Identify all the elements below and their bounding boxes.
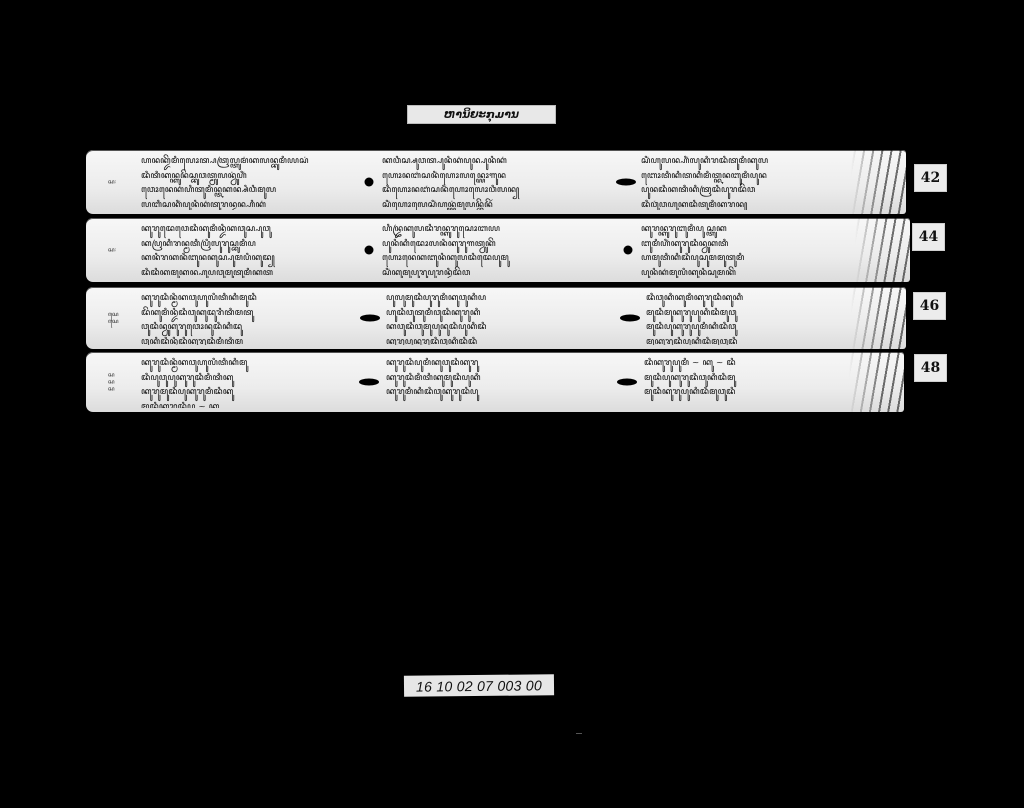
text-line: ꦲꦺꦴꦤꦧꦁꦱꦤꦶꦁꦲꦺꦴꦭꦤ꧀ꦪꦺꦴꦒꦸꦤ	[382, 169, 612, 184]
string-hole-icon	[365, 178, 374, 187]
string-hole-icon	[620, 315, 640, 322]
text-line: ꦏꦸꦫꦸꦢꦶꦤ꧀ꦩꦶꦏꦮꦸꦲꦸꦭꦶꦠꦶꦏꦶꦩꦸꦢꦶ	[141, 291, 366, 306]
palm-leaf-48: ꦱ ꦱ ꦱ ꦏꦸꦫꦸꦢꦶꦤ꧀ꦩꦶꦏꦮꦸꦲꦸꦭꦶꦠꦶꦏꦶꦩꦸ ꦢꦶꦥꦸꦮꦸꦥꦸꦏꦸ…	[86, 352, 904, 412]
text-line: ꦢꦶꦲꦺꦴꦤꦧꦁꦱꦤꦶꦁꦲꦺꦴꦭꦺꦴꦮꦶꦭꦤ꧀	[382, 183, 612, 198]
text-column-2: ꦏꦮꦶꦱ꧀ꦱꦸꦮꦠ꧀ꦥꦸꦤꦶꦏꦁꦥꦸꦤ꧀ꦥꦸꦤꦶꦏꦁ ꦲꦺꦴꦤꦧꦁꦱꦤꦶꦁꦲꦺꦴ…	[382, 154, 612, 210]
text-line: ꦧꦺꦴꦠꦶꦏꦶꦠꦏꦶꦩꦶꦠ꧀ꦏꦤꦧꦸꦩꦶꦥꦸꦤ	[641, 169, 861, 184]
leaf-margin-reference: ꦱ꧇	[108, 247, 116, 254]
text-line: ꦩꦸꦢꦶꦏꦸꦫꦸꦢꦶꦥꦸ ~ ꦏꦸ	[141, 400, 366, 409]
text-column-1: ꦏꦸꦫꦸꦢꦶꦤ꧀ꦩꦶꦏꦮꦸꦲꦸꦭꦶꦠꦶꦏꦶꦩꦸ ꦢꦶꦥꦸꦮꦸꦥꦸꦏꦸꦫꦸꦢꦶꦩꦶ…	[141, 356, 366, 408]
text-line: ꦲꦤꦏ꧀ꦢꦼꦩꦶꦭꦺꦴꦠ꧀ꦥꦠꦿꦭ꧀ꦠꦸꦩꦁꦏꦭꦤ꧀ꦧꦸꦩꦶꦪꦱꦁ	[141, 154, 366, 169]
text-line: ꦮꦺꦴꦤꦺꦏꦁꦲꦶꦠꦸꦩꦶꦤ꧀ꦠꦏꦤ꧀ꦱꦶꦮꦶꦩꦸꦭ	[141, 183, 366, 198]
scan-artifact	[576, 733, 582, 734]
text-line: ꦏꦸꦫꦸꦥꦸꦤꦸꦫꦸꦢꦶꦮꦸꦏꦶꦢꦶꦢꦶ	[386, 335, 616, 346]
text-line: ꦥꦸꦤꦶꦏꦶꦢꦺꦴꦭꦤꦶꦏꦸꦫꦸꦒꦠ꧀ꦮꦸꦏꦼ	[382, 237, 612, 252]
text-column-3: ꦢꦶꦏꦸꦫꦸꦥꦸꦩꦶ ~ ꦏꦸ ~ ꦢꦶ ꦩꦸꦢꦶꦥꦸꦏꦸꦫꦸꦢꦶꦮꦸꦏꦶꦢꦶꦩ…	[644, 356, 869, 408]
text-column-3: ꦱꦶꦁꦲꦸꦭꦤ꧀ꦲꦶꦁꦭꦸꦏꦶꦫꦢꦶꦠꦸꦩꦶꦏꦸꦭ ꦧꦺꦴꦠꦶꦏꦶꦠꦏꦶꦩꦶꦠ꧀…	[641, 154, 861, 210]
text-line: ꦧꦸꦩꦶꦲꦶꦁꦏꦸꦫꦸꦢꦶꦤ꧀ꦮꦸꦏꦠꦶ	[641, 237, 866, 252]
text-line: ꦥꦸꦭꦸꦩꦸꦢꦶꦥꦸꦫꦸꦩꦶꦏꦸꦮꦸꦏꦶꦥ	[386, 291, 616, 306]
text-line: ꦭꦧꦶꦱꦏꦶꦁꦥꦸꦤꦶꦏꦁꦠꦸꦫꦤ꧀ꦢꦤ꧀ꦲꦶꦏꦁ	[141, 198, 366, 211]
leaf-number-label: 44	[912, 223, 945, 251]
text-line: ꦏꦸꦫꦸꦩꦶꦏꦶꦢꦶꦮꦸꦏꦸꦫꦸꦢꦶꦥꦸ	[386, 385, 616, 400]
text-line: ꦢꦶꦮꦸꦁꦮꦲꦸꦏꦢꦶꦠꦸꦩꦶꦏꦫꦤ꧀	[641, 198, 861, 211]
text-line: ꦢꦶꦠꦶꦏꦤ꧀ꦏꦸꦤꦼꦱ꧀ꦧꦸꦮꦠ꧀ꦩꦸꦭꦤ꧀ꦮꦸꦁꦲꦶꦁ	[141, 169, 366, 184]
text-line: ꦏꦸꦫꦸꦢꦶꦩꦶꦠꦶꦏꦸꦩꦸꦢꦶꦥꦸꦏꦶ	[386, 371, 616, 386]
text-column-3: ꦢꦶꦮꦸꦏꦶꦏꦸꦩꦶꦏꦸꦫꦸꦢꦶꦏꦸꦏꦶ ꦩꦸꦢꦶꦩꦸꦏꦸꦫꦸꦥꦸꦏꦶꦢꦶꦩꦸꦮ…	[646, 291, 871, 345]
string-hole-icon	[365, 246, 374, 255]
text-line: ꦏꦤꦶꦫꦏꦤꦶꦧꦸꦤꦏꦸꦱ꧀ꦥꦸꦩꦥꦶꦏꦸꦢ꧀	[141, 251, 366, 266]
palm-leaf-44: ꦱ꧇ ꦏꦸꦫꦸꦢꦺꦮꦺꦢꦶꦏꦸꦩꦶꦤ꧀ꦢꦶꦏꦮꦸꦱ꧀ꦥꦸꦮꦸ ꦏꦥꦿꦏꦶꦫꦤ꧀ꦩ…	[86, 218, 910, 282]
text-line: ꦱꦶꦁꦲꦺꦴꦭꦺꦱꦶꦁꦲꦤ꧀ꦪꦁꦩꦸꦭꦤ꧀ꦧꦼꦤꦼꦂ	[382, 198, 612, 211]
text-line: ꦏꦸꦫꦤ꧀ꦏꦸꦫꦸꦧꦸꦩꦶꦥꦸꦱ꧀ꦠꦸꦏ	[641, 222, 866, 237]
text-line: ꦥꦸꦤꦶꦏꦁꦩꦸꦭꦶꦏꦸꦤꦶꦱꦸꦩꦏꦼ	[641, 266, 866, 279]
text-line: ꦮꦸꦢꦶꦤ꧀ꦮꦸꦏꦸꦫꦸꦮꦺꦴꦤꦸꦢꦶꦏꦶꦢꦸ	[141, 320, 366, 335]
text-line: ꦲꦶꦤ꧀ꦢꦿꦏꦸꦭꦢꦶꦫꦤ꧀ꦏꦸꦫꦸꦱꦺꦴꦧꦪ	[382, 222, 612, 237]
text-column-2: ꦥꦸꦭꦸꦩꦸꦢꦶꦥꦸꦫꦸꦩꦶꦏꦸꦮꦸꦏꦶꦥ ꦲꦸꦢꦶꦮꦸꦠꦸꦩꦶꦮꦸꦢꦶꦏꦸꦫꦸ…	[386, 291, 616, 345]
string-hole-icon	[617, 379, 637, 386]
text-line: ꦢꦶꦮꦸꦏꦶꦏꦸꦩꦶꦏꦸꦫꦸꦢꦶꦏꦸꦏꦶ	[646, 291, 871, 306]
text-line: ꦩꦸꦢꦶꦏꦸꦫꦸꦥꦸꦏꦶꦢꦶꦩꦸꦮꦸꦢꦶ	[644, 385, 869, 400]
text-column-1: ꦲꦤꦏ꧀ꦢꦼꦩꦶꦭꦺꦴꦠ꧀ꦥꦠꦿꦭ꧀ꦠꦸꦩꦁꦏꦭꦤ꧀ꦧꦸꦩꦶꦪꦱꦁ ꦢꦶꦠꦶꦏꦤ…	[141, 154, 366, 210]
text-line: ꦱꦶꦁꦲꦸꦭꦤ꧀ꦲꦶꦁꦭꦸꦏꦶꦫꦢꦶꦠꦸꦩꦶꦏꦸꦭ	[641, 154, 861, 169]
text-line: ꦩꦸꦢꦶꦥꦸꦏꦸꦫꦸꦢꦶꦮꦸꦏꦶꦢꦶꦩꦸ	[644, 371, 869, 386]
leaf-margin-reference: ꦱ ꦱ ꦱ	[108, 372, 115, 393]
text-column-2: ꦲꦶꦤ꧀ꦢꦿꦏꦸꦭꦢꦶꦫꦤ꧀ꦏꦸꦫꦸꦱꦺꦴꦧꦪ ꦥꦸꦤꦶꦏꦶꦢꦺꦴꦭꦤꦶꦏꦸꦫꦸ…	[382, 222, 612, 278]
text-column-3: ꦏꦸꦫꦤ꧀ꦏꦸꦫꦸꦧꦸꦩꦶꦥꦸꦱ꧀ꦠꦸꦏ ꦧꦸꦩꦶꦲꦶꦁꦏꦸꦫꦸꦢꦶꦤ꧀ꦮꦸꦏꦠ…	[641, 222, 866, 278]
text-column-1: ꦏꦸꦫꦸꦢꦶꦤ꧀ꦩꦶꦏꦮꦸꦲꦸꦭꦶꦠꦶꦏꦶꦩꦸꦢꦶ ꦢꦼꦏꦸꦩꦶꦤ꧀ꦢꦶꦢꦶꦮꦸ…	[141, 291, 366, 345]
text-line: ꦢꦼꦏꦸꦩꦶꦤ꧀ꦢꦶꦢꦶꦮꦸꦏꦸꦢꦸꦫꦶꦠꦶꦩꦠꦸ	[141, 306, 366, 321]
text-line: ꦏꦮꦶꦱ꧀ꦱꦸꦮꦠ꧀ꦥꦸꦤꦶꦏꦁꦥꦸꦤ꧀ꦥꦸꦤꦶꦏꦁ	[382, 154, 612, 169]
palm-leaf-46: ꦱꦺ ꦱꦺ ꦏꦸꦫꦸꦢꦶꦤ꧀ꦩꦶꦏꦮꦸꦲꦸꦭꦶꦠꦶꦏꦶꦩꦸꦢꦶ ꦢꦼꦏꦸꦩꦶꦤ꧀…	[86, 287, 906, 349]
text-line: ꦏꦸꦫꦸꦢꦶꦥꦸꦩꦶꦏꦸꦮꦸꦢꦶꦏꦸꦫꦸ	[386, 356, 616, 371]
text-line: ꦱꦶꦁꦏꦸꦩꦸꦥꦸꦫꦸꦥꦸꦫꦤ꧀ꦢꦶꦢꦼꦮ	[382, 266, 612, 279]
leaf-number-label: 42	[914, 164, 947, 192]
manuscript-title-label: ຫານິຍະກຸມານ	[407, 105, 556, 124]
leaf-number-label: 48	[914, 354, 947, 382]
text-line: ꦏꦮꦸꦢꦶꦮꦸꦩꦸꦥꦸꦤꦸꦢꦶꦥꦸꦏꦶꦢꦶ	[386, 320, 616, 335]
text-line: ꦢꦶꦏꦸꦫꦸꦥꦸꦩꦶ ~ ꦏꦸ ~ ꦢꦶ	[644, 356, 869, 371]
text-line: ꦩꦸꦢꦶꦥꦸꦏꦸꦫꦸꦥꦸꦩꦶꦏꦶꦢꦶꦮꦸ	[646, 320, 871, 335]
string-hole-icon	[360, 315, 380, 322]
text-line: ꦢꦶꦥꦸꦮꦸꦥꦸꦏꦸꦫꦸꦢꦶꦩꦶꦠꦶꦏꦸ	[141, 371, 366, 386]
leaf-number-label: 46	[913, 292, 946, 320]
text-column-1: ꦏꦸꦫꦸꦢꦺꦮꦺꦢꦶꦏꦸꦩꦶꦤ꧀ꦢꦶꦏꦮꦸꦱ꧀ꦥꦸꦮꦸ ꦏꦥꦿꦏꦶꦫꦤ꧀ꦩꦠꦶꦥ…	[141, 222, 366, 278]
leaf-margin-reference: ꦱ꧇	[108, 179, 116, 186]
text-line: ꦲꦸꦢꦶꦮꦸꦠꦸꦩꦶꦮꦸꦢꦶꦏꦸꦫꦸꦏꦶ	[386, 306, 616, 321]
text-line: ꦥꦸꦤꦢꦶꦏꦠꦶꦏꦶꦠꦿꦢꦶꦥꦸꦫꦢꦼꦮ	[641, 183, 861, 198]
text-line: ꦲꦩꦸꦠꦶꦏꦶꦢꦶꦥꦸꦱꦸꦩꦩꦸꦠꦸꦩꦶ	[641, 251, 866, 266]
text-line: ꦲꦺꦴꦤꦺꦏꦧꦸꦤꦶꦏꦸꦭꦢꦶꦢꦺꦥꦸꦩꦸ	[382, 251, 612, 266]
text-line: ꦢꦶꦢꦶꦏꦩꦸꦏꦤ꧀ꦲꦸꦥꦮꦸꦩꦸꦠꦸꦩꦶꦏꦠ	[141, 266, 366, 279]
text-line: ꦏꦸꦫꦸꦢꦺꦮꦺꦢꦶꦏꦸꦩꦶꦤ꧀ꦢꦶꦏꦮꦸꦱ꧀ꦥꦸꦮꦸ	[141, 222, 366, 237]
text-line: ꦏꦥꦿꦏꦶꦫꦤ꧀ꦩꦠꦶꦥꦿꦶꦭꦸꦫꦸꦱ꧀ꦧꦸꦩꦶꦥ	[141, 237, 366, 252]
string-hole-icon	[616, 179, 636, 186]
string-hole-icon	[359, 379, 379, 386]
text-line: ꦮꦸꦏꦶꦢꦶꦤ꧀ꦢꦶꦢꦶꦏꦸꦫꦸꦢꦶꦩꦶꦠꦶꦩ	[141, 335, 366, 346]
text-line: ꦏꦸꦫꦸꦩꦸꦢꦶꦥꦸꦏꦸꦫꦸꦩꦶꦢꦶꦏꦸ	[141, 385, 366, 400]
palm-leaf-42: ꦱ꧇ ꦲꦤꦏ꧀ꦢꦼꦩꦶꦭꦺꦴꦠ꧀ꦥꦠꦿꦭ꧀ꦠꦸꦩꦁꦏꦭꦤ꧀ꦧꦸꦩꦶꦪꦱꦁ ꦢꦶꦠ…	[86, 150, 906, 214]
text-column-2: ꦏꦸꦫꦸꦢꦶꦥꦸꦩꦶꦏꦸꦮꦸꦢꦶꦏꦸꦫꦸ ꦏꦸꦫꦸꦢꦶꦩꦶꦠꦶꦏꦸꦩꦸꦢꦶꦥꦸꦏ…	[386, 356, 616, 408]
leaf-margin-reference: ꦱꦺ ꦱꦺ	[108, 311, 119, 325]
text-line: ꦏꦸꦫꦸꦢꦶꦤ꧀ꦩꦶꦏꦮꦸꦲꦸꦭꦶꦠꦶꦏꦶꦩꦸ	[141, 356, 366, 371]
string-hole-icon	[624, 246, 633, 255]
catalog-number-label: 16 10 02 07 003 00	[404, 674, 554, 697]
text-line: ꦩꦸꦏꦸꦫꦸꦢꦶꦥꦸꦏꦶꦢꦶꦩꦸꦮꦸꦢꦶ	[646, 335, 871, 346]
text-line: ꦩꦸꦢꦶꦩꦸꦏꦸꦫꦸꦥꦸꦏꦶꦢꦶꦩꦸꦮꦸ	[646, 306, 871, 321]
